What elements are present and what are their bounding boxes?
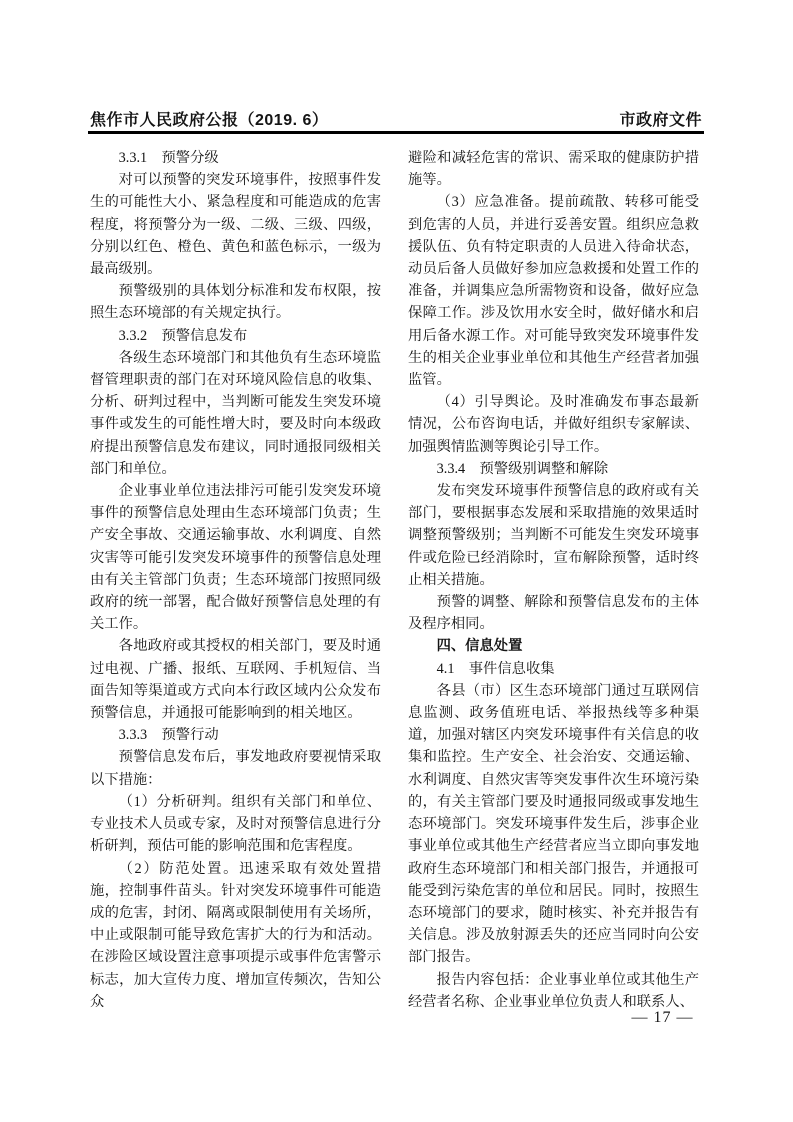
paragraph: 预警的调整、解除和预警信息发布的主体及程序相同。 (408, 591, 699, 635)
paragraph: 预警级别的具体划分标准和发布权限，按照生态环境部的有关规定执行。 (90, 280, 381, 324)
paragraph: 报告内容包括：企业事业单位或其他生产经营者名称、企业事业单位负责人和联系人、 (408, 969, 699, 1013)
header-right-label: 市政府文件 (619, 107, 702, 130)
paragraph: （3）应急准备。提前疏散、转移可能受到危害的人员，并进行妥善安置。组织应急救援队… (408, 191, 699, 391)
page-header: 焦作市人民政府公报（2019. 6） 市政府文件 (90, 107, 702, 130)
paragraph: 各地政府或其授权的相关部门，要及时通过电视、广播、报纸、互联网、手机短信、当面告… (90, 635, 381, 724)
paragraph: 预警信息发布后，事发地政府要视情采取以下措施： (90, 746, 381, 790)
section-heading: 4.1 事件信息收集 (408, 658, 699, 680)
section-heading: 四、信息处置 (408, 635, 699, 657)
paragraph: （1）分析研判。组织有关部门和单位、专业技术人员或专家，及时对预警信息进行分析研… (90, 791, 381, 858)
header-left-title: 焦作市人民政府公报（2019. 6） (90, 107, 328, 130)
paragraph: 各县（市）区生态环境部门通过互联网信息监测、政务值班电话、举报热线等多种渠道，加… (408, 680, 699, 969)
right-column: 避险和减轻危害的常识、需采取的健康防护措施等。（3）应急准备。提前疏散、转移可能… (408, 147, 699, 1013)
paragraph: 各级生态环境部门和其他负有生态环境监督管理职责的部门在对环境风险信息的收集、分析… (90, 347, 381, 480)
paragraph: 发布突发环境事件预警信息的政府或有关部门，要根据事态发展和采取措施的效果适时调整… (408, 480, 699, 591)
document-body: 3.3.1 预警分级对可以预警的突发环境事件，按照事件发生的可能性大小、紧急程度… (90, 147, 699, 1013)
paragraph: （4）引导舆论。及时准确发布事态最新情况，公布咨询电话，并做好组织专家解读、加强… (408, 391, 699, 458)
left-column: 3.3.1 预警分级对可以预警的突发环境事件，按照事件发生的可能性大小、紧急程度… (90, 147, 381, 1013)
section-heading: 3.3.2 预警信息发布 (90, 325, 381, 347)
page-footer: — 17 — (595, 1009, 730, 1027)
paragraph: 企业事业单位违法排污可能引发突发环境事件的预警信息处理由生态环境部门负责；生产安… (90, 480, 381, 635)
header-rule (88, 131, 704, 134)
page-number: — 17 — (632, 1009, 694, 1026)
paragraph: 对可以预警的突发环境事件，按照事件发生的可能性大小、紧急程度和可能造成的危害程度… (90, 169, 381, 280)
section-heading: 3.3.1 预警分级 (90, 147, 381, 169)
section-heading: 3.3.4 预警级别调整和解除 (408, 458, 699, 480)
paragraph: 避险和减轻危害的常识、需采取的健康防护措施等。 (408, 147, 699, 191)
document-page: 焦作市人民政府公报（2019. 6） 市政府文件 3.3.1 预警分级对可以预警… (0, 0, 793, 1122)
section-heading: 3.3.3 预警行动 (90, 724, 381, 746)
paragraph: （2）防范处置。迅速采取有效处置措施，控制事件苗头。针对突发环境事件可能造成的危… (90, 858, 381, 1013)
